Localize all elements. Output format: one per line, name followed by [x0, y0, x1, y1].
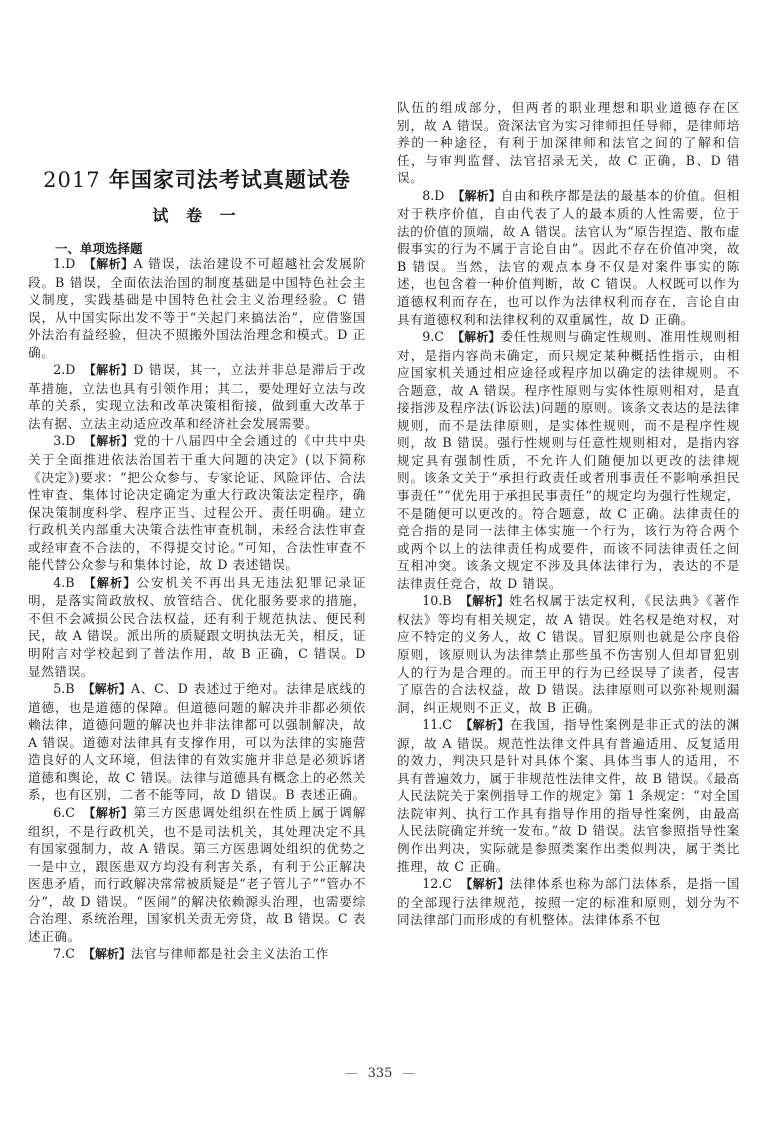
answer-text: A、C、D 表述过于绝对。法律是底线的道德，也是道德的保障。但道德问题的解决并非… — [28, 681, 366, 802]
answer-item-8: 8.D【解析】自由和秩序都是法的最基本的价值。但相对于秩序价值，自由代表了人的最… — [397, 187, 740, 328]
answer-number: 3.D — [53, 433, 75, 448]
answer-item-11: 11.C【解析】在我国，指导性案例是非正式的法的渊源，故 A 错误。规范性法律文… — [397, 716, 740, 875]
answer-number: 7.C — [53, 946, 75, 961]
left-column: 1.D【解析】A 错误，法治建设不可超越社会发展阶段。B 错误，全面依法治国的制… — [28, 255, 366, 964]
page-number: —335— — [320, 1066, 440, 1081]
answer-number: 4.B — [53, 575, 74, 590]
answer-text: A 错误，法治建设不可超越社会发展阶段。B 错误，全面依法治国的制度基础是中国特… — [28, 256, 366, 360]
analysis-tag: 【解析】 — [460, 718, 510, 732]
title-text: 年国家司法考试真题试卷 — [109, 168, 351, 192]
document-subtitle: 试 卷 一 — [28, 203, 366, 226]
document-title: 2017 年国家司法考试真题试卷 — [28, 164, 366, 194]
page-dash-left: — — [345, 1066, 358, 1081]
answer-text: 自由和秩序都是法的最基本的价值。但相对于秩序价值，自由代表了人的最本质的人性需要… — [397, 188, 740, 327]
answer-number: 5.B — [53, 681, 74, 696]
analysis-tag: 【解析】 — [452, 330, 501, 344]
answer-text: 第三方医患调处组织在性质上属于调解组织，不是行政机关，也不是司法机关，其处理决定… — [28, 805, 366, 944]
answer-text: 委任性规则与确定性规则、准用性规则相对，是指内容尚未确定，而只规定某种概括性指示… — [397, 329, 740, 591]
analysis-tag: 【解析】 — [83, 257, 133, 271]
analysis-tag: 【解析】 — [83, 434, 133, 448]
answer-text: 公安机关不再出具无违法犯罪记录证明，是落实简政放权、放管结合、优化服务要求的措施… — [28, 575, 366, 679]
answer-item-4: 4.B【解析】公安机关不再出具无违法犯罪记录证明，是落实简政放权、放管结合、优化… — [28, 574, 366, 680]
page-dash-right: — — [402, 1066, 415, 1081]
answer-item-9: 9.C【解析】委任性规则与确定性规则、准用性规则相对，是指内容尚未确定，而只规定… — [397, 328, 740, 592]
answer-number: 10.B — [422, 593, 451, 608]
answer-number: 6.C — [53, 805, 75, 820]
answer-text: 姓名权属于法定权利，《民法典》《著作权法》等均有相关规定，故 A 错误。姓名权是… — [397, 593, 740, 714]
answer-item-7-continued: 队伍的组成部分，但两者的职业理想和职业道德存在区别，故 A 错误。资深法官为实习… — [397, 99, 740, 187]
answer-number: 1.D — [53, 256, 75, 271]
analysis-tag: 【解析】 — [459, 594, 509, 608]
answer-text: D 错误，其一，立法并非总是滞后于改革措施，立法也具有引领作用；其二，要处理好立… — [28, 362, 366, 431]
answer-text: 队伍的组成部分，但两者的职业理想和职业道德存在区别，故 A 错误。资深法官为实习… — [397, 100, 740, 185]
analysis-tag: 【解析】 — [83, 363, 133, 377]
answer-number: 8.D — [422, 188, 444, 203]
answer-number: 9.C — [422, 329, 444, 344]
answer-item-7: 7.C【解析】法官与律师都是社会主义法治工作 — [28, 945, 366, 964]
answer-item-5: 5.B【解析】A、C、D 表述过于绝对。法律是底线的道德，也是道德的保障。但道德… — [28, 680, 366, 804]
right-column: 队伍的组成部分，但两者的职业理想和职业道德存在区别，故 A 错误。资深法官为实习… — [397, 99, 740, 929]
answer-item-6: 6.C【解析】第三方医患调处组织在性质上属于调解组织，不是行政机关，也不是司法机… — [28, 804, 366, 945]
title-year: 2017 — [43, 168, 100, 192]
answer-item-2: 2.D【解析】D 错误，其一，立法并非总是滞后于改革措施，立法也具有引领作用；其… — [28, 361, 366, 432]
analysis-tag: 【解析】 — [82, 576, 136, 590]
answer-text: 在我国，指导性案例是非正式的法的渊源，故 A 错误。规范性法律文件具有普遍适用、… — [397, 717, 740, 873]
analysis-tag: 【解析】 — [83, 806, 134, 820]
answer-number: 2.D — [53, 362, 75, 377]
analysis-tag: 【解析】 — [460, 877, 510, 891]
answer-item-3: 3.D【解析】党的十八届四中全会通过的《中共中央关于全面推进依法治国若干重大问题… — [28, 432, 366, 573]
answer-item-10: 10.B【解析】姓名权属于法定权利，《民法典》《著作权法》等均有相关规定，故 A… — [397, 592, 740, 716]
page-number-value: 335 — [368, 1066, 393, 1081]
answer-text: 党的十八届四中全会通过的《中共中央关于全面推进依法治国若干重大问题的决定》(以下… — [28, 433, 366, 572]
analysis-tag: 【解析】 — [82, 682, 131, 696]
answer-text: 法官与律师都是社会主义法治工作 — [131, 946, 329, 961]
answer-item-1: 1.D【解析】A 错误，法治建设不可超越社会发展阶段。B 错误，全面依法治国的制… — [28, 255, 366, 361]
analysis-tag: 【解析】 — [83, 947, 131, 961]
answer-number: 11.C — [422, 717, 452, 732]
analysis-tag: 【解析】 — [452, 189, 501, 203]
answer-number: 12.C — [422, 876, 452, 891]
answer-item-12: 12.C【解析】法律体系也称为部门法体系，是指一国的全部现行法律规范，按照一定的… — [397, 875, 740, 929]
